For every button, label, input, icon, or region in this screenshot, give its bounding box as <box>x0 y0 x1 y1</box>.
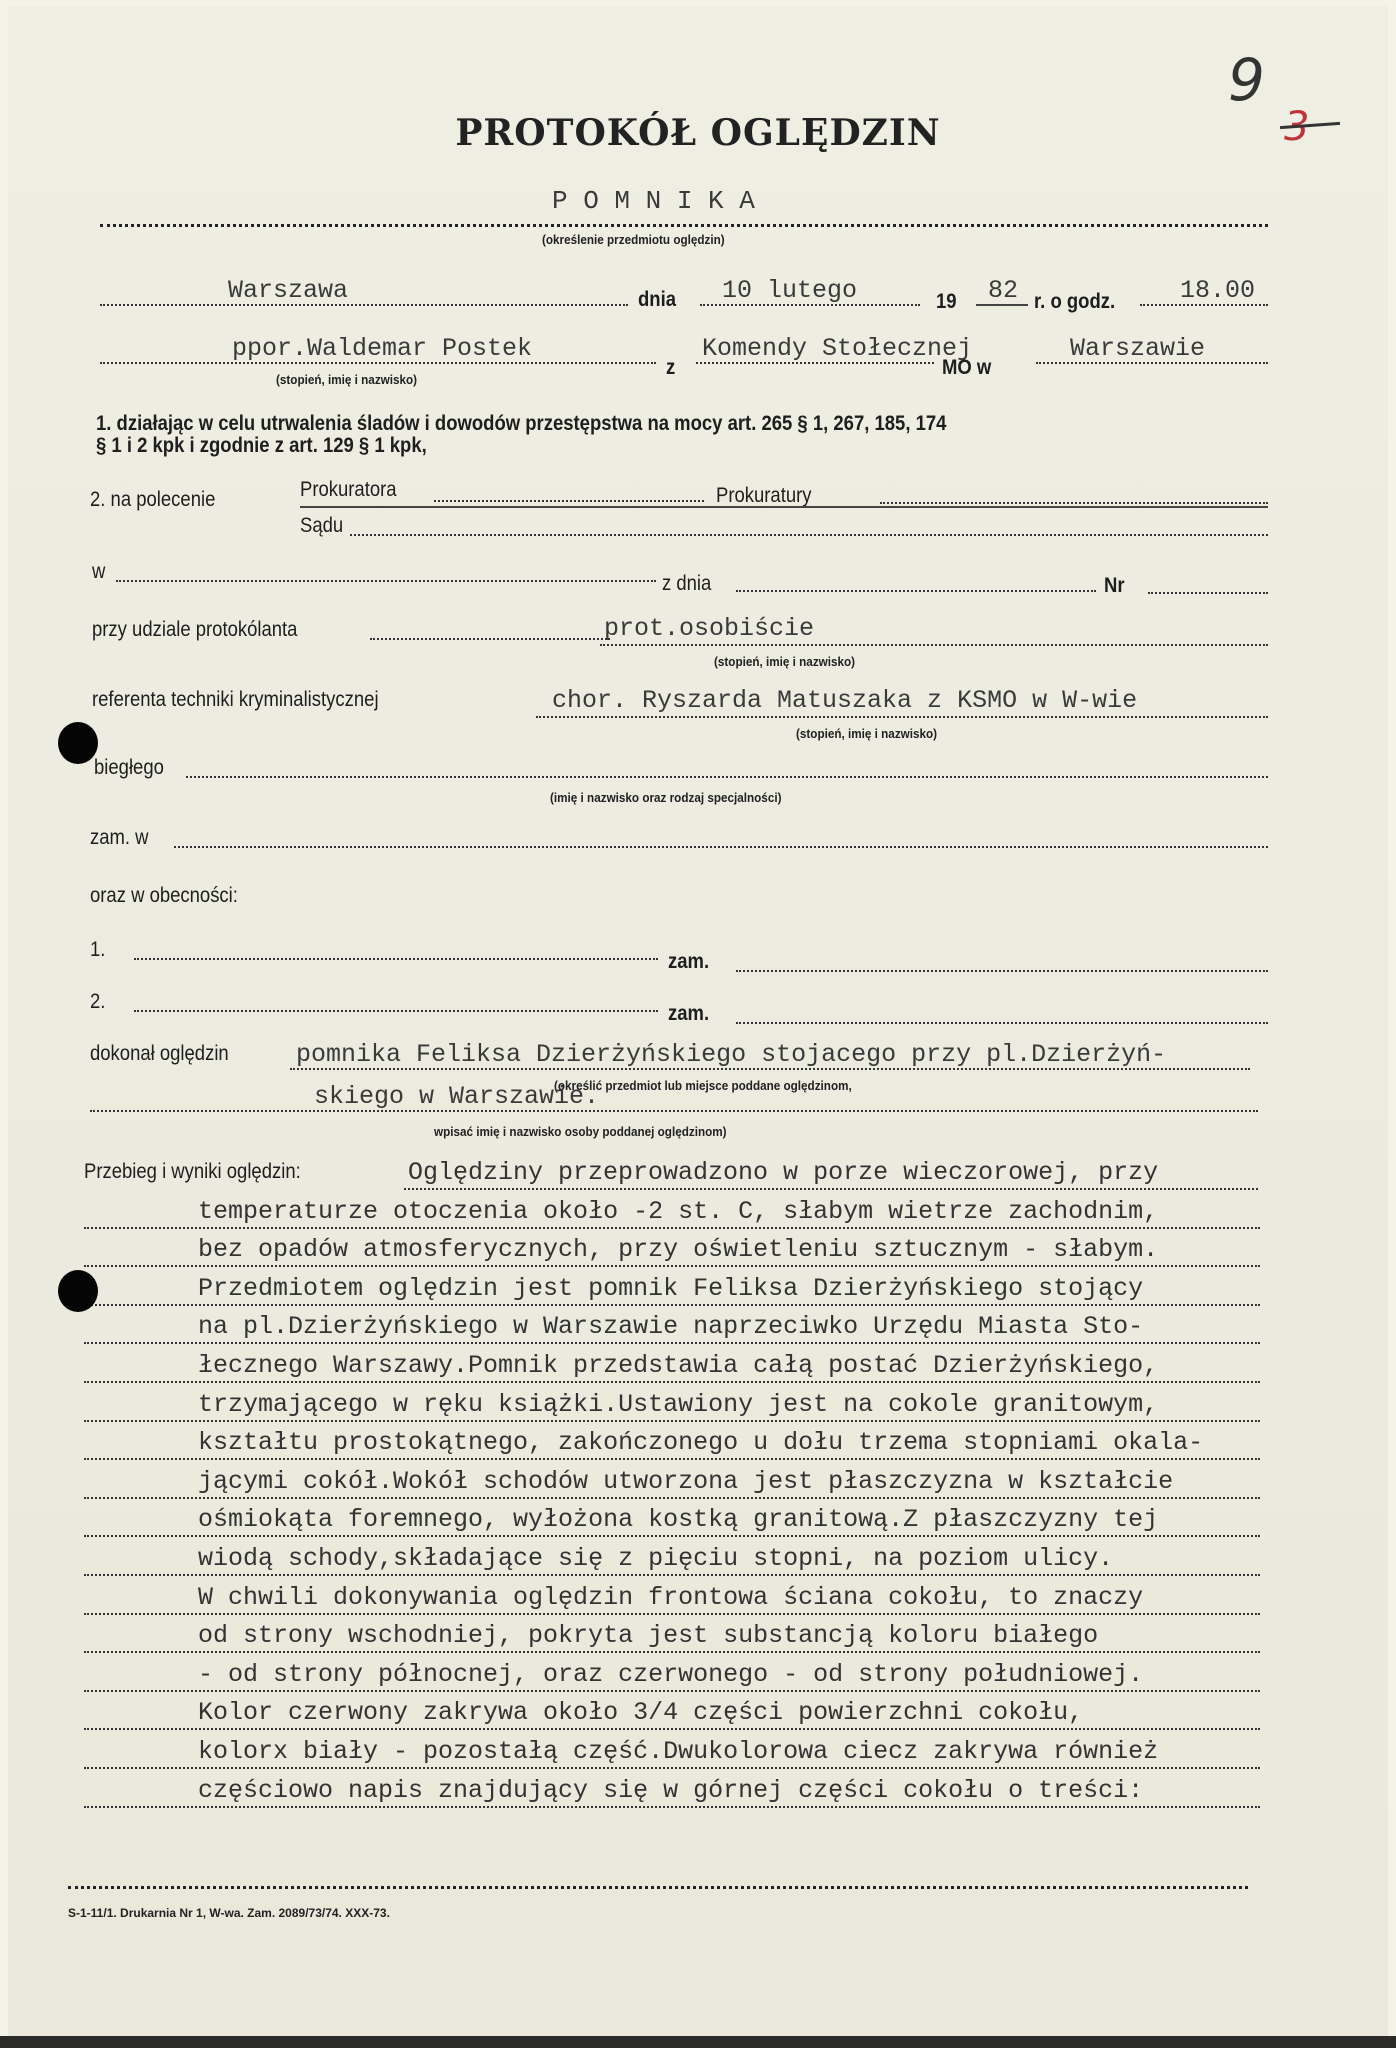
clause-2-label: 2. na polecenie <box>90 488 215 512</box>
from-label: z <box>666 356 675 380</box>
results-line: W chwili dokonywania oględzin frontowa ś… <box>198 1583 1143 1612</box>
results-line: bez opadów atmosferycznych, przy oświetl… <box>198 1235 1158 1264</box>
witness-2-name-line <box>134 1010 658 1012</box>
results-rule <box>84 1458 1260 1460</box>
clerk-value: prot.osobiście <box>604 614 814 643</box>
technician-line <box>536 716 1268 718</box>
inspection-value-line2: skiego w Warszawie. <box>314 1082 599 1111</box>
officer-line <box>100 362 656 364</box>
clerk-prefix-line <box>370 638 610 640</box>
prosecutor-court-divider <box>300 506 1268 508</box>
time-line <box>1140 304 1268 306</box>
prosecution-line <box>880 502 1268 504</box>
expert-line <box>186 776 1268 778</box>
date-label: dnia <box>638 288 676 312</box>
clerk-line <box>600 644 1268 646</box>
results-line: na pl.Dzierżyńskiego w Warszawie naprzec… <box>198 1312 1143 1341</box>
results-rule <box>84 1574 1260 1576</box>
results-line: Oględziny przeprowadzono w porze wieczor… <box>408 1158 1158 1187</box>
w-label: w <box>92 560 105 584</box>
clerk-label: przy udziale protokólanta <box>92 618 297 642</box>
court-label: Sądu <box>300 514 343 538</box>
clerk-caption: (stopień, imię i nazwisko) <box>714 654 855 669</box>
city-value: Warszawie <box>1070 334 1205 363</box>
z-dnia-line <box>736 590 1096 592</box>
witness-1-name-line <box>134 958 658 960</box>
results-line: łecznego Warszawy.Pomnik przedstawia cał… <box>198 1351 1158 1380</box>
residence-line <box>174 846 1268 848</box>
year-line <box>976 304 1028 306</box>
results-rule <box>84 1342 1260 1344</box>
technician-value: chor. Ryszarda Matuszaka z KSMO w W-wie <box>552 686 1137 715</box>
presence-label: oraz w obecności: <box>90 884 238 908</box>
punch-hole <box>58 1270 98 1312</box>
results-rule <box>84 1265 1260 1267</box>
place-line <box>100 304 628 306</box>
results-line: wiodą schody,składające się z pięciu sto… <box>198 1544 1113 1573</box>
results-label: Przebieg i wyniki oględzin: <box>84 1160 301 1184</box>
z-dnia-label: z dnia <box>662 572 711 596</box>
results-line: ośmiokąta foremnego, wyłożona kostką gra… <box>198 1505 1158 1534</box>
technician-caption: (stopień, imię i nazwisko) <box>796 726 937 741</box>
results-line: temperaturze otoczenia około -2 st. C, s… <box>198 1197 1158 1226</box>
results-rule <box>404 1188 1258 1190</box>
inspection-label: dokonał oględzin <box>90 1042 229 1066</box>
results-line: Przedmiotem oględzin jest pomnik Feliksa… <box>198 1274 1143 1303</box>
subject-caption: (określenie przedmiotu oględzin) <box>542 232 725 247</box>
results-rule <box>84 1420 1260 1422</box>
results-rule <box>84 1535 1260 1537</box>
witness-1-zam-label: zam. <box>668 950 709 974</box>
date-line <box>700 304 920 306</box>
results-line: od strony wschodniej, pokryta jest subst… <box>198 1621 1098 1650</box>
results-rule <box>84 1767 1260 1769</box>
results-line: trzymającego w ręku książki.Ustawiony je… <box>198 1390 1158 1419</box>
inspection-line1 <box>290 1068 1250 1070</box>
nr-label: Nr <box>1104 574 1125 598</box>
unit-line <box>696 362 934 364</box>
prosecutor-line <box>434 500 704 502</box>
clause-1-line2: § 1 i 2 kpk i zgodnie z art. 129 § 1 kpk… <box>96 434 427 458</box>
results-line: - od strony północnej, oraz czerwonego -… <box>198 1660 1143 1689</box>
time-label: r. o godz. <box>1034 290 1115 314</box>
results-line: jącymi cokół.Wokół schodów utworzona jes… <box>198 1467 1173 1496</box>
punch-hole <box>58 722 98 764</box>
page-title: PROTOKÓŁ OGLĘDZIN <box>0 112 1396 154</box>
mo-label: MO w <box>942 356 991 380</box>
prosecutor-label: Prokuratora <box>300 478 397 502</box>
witness-1-address-line <box>736 970 1268 972</box>
scan-edge <box>0 2036 1396 2048</box>
print-footer: S-1-11/1. Drukarnia Nr 1, W-wa. Zam. 208… <box>68 1906 390 1920</box>
results-line: kształtu prostokątnego, zakończonego u d… <box>198 1428 1203 1457</box>
results-line: kolorx biały - pozostałą część.Dwukoloro… <box>198 1737 1158 1766</box>
results-rule <box>84 1806 1260 1808</box>
subject-line <box>100 224 1268 227</box>
technician-label: referenta techniki kryminalistycznej <box>92 688 379 712</box>
nr-line <box>1148 592 1268 594</box>
expert-caption: (imię i nazwisko oraz rodzaj specjalnośc… <box>550 790 781 805</box>
witness-1-number: 1. <box>90 938 105 962</box>
results-rule <box>84 1381 1260 1383</box>
results-line: Kolor czerwony zakrywa około 3/4 części … <box>198 1698 1083 1727</box>
handwritten-page-number: 9 <box>1228 46 1265 114</box>
officer-value: ppor.Waldemar Postek <box>232 334 532 363</box>
year-prefix: 19 <box>936 290 957 314</box>
subject-value: P O M N I K A <box>552 186 755 216</box>
unit-value: Komendy Stołecznej <box>702 334 972 363</box>
residence-label: zam. w <box>90 826 149 850</box>
time-value: 18.00 <box>1180 276 1255 305</box>
footer-line <box>68 1886 1248 1889</box>
inspection-line2 <box>90 1110 1258 1112</box>
results-rule <box>84 1651 1260 1653</box>
place-value: Warszawa <box>228 276 348 305</box>
city-line <box>1036 362 1268 364</box>
clause-1-line1: 1. działając w celu utrwalenia śladów i … <box>96 412 946 436</box>
witness-2-number: 2. <box>90 990 105 1014</box>
results-rule <box>84 1304 1260 1306</box>
witness-2-address-line <box>736 1022 1268 1024</box>
results-rule <box>84 1497 1260 1499</box>
inspection-value-line1: pomnika Feliksa Dzierżyńskiego stojacego… <box>296 1040 1166 1069</box>
date-value: 10 lutego <box>722 276 857 305</box>
expert-label: biegłego <box>94 756 164 780</box>
year-value: 82 <box>988 276 1018 305</box>
prosecution-label: Prokuratury <box>716 484 812 508</box>
inspection-caption2: wpisać imię i nazwisko osoby poddanej og… <box>434 1124 727 1139</box>
results-rule <box>84 1690 1260 1692</box>
w-line <box>116 580 656 582</box>
results-rule <box>84 1728 1260 1730</box>
witness-2-zam-label: zam. <box>668 1002 709 1026</box>
results-rule <box>84 1227 1260 1229</box>
court-line <box>350 534 1268 536</box>
results-line: częściowo napis znajdujący się w górnej … <box>198 1776 1143 1805</box>
officer-caption: (stopień, imię i nazwisko) <box>276 372 417 387</box>
results-rule <box>84 1613 1260 1615</box>
